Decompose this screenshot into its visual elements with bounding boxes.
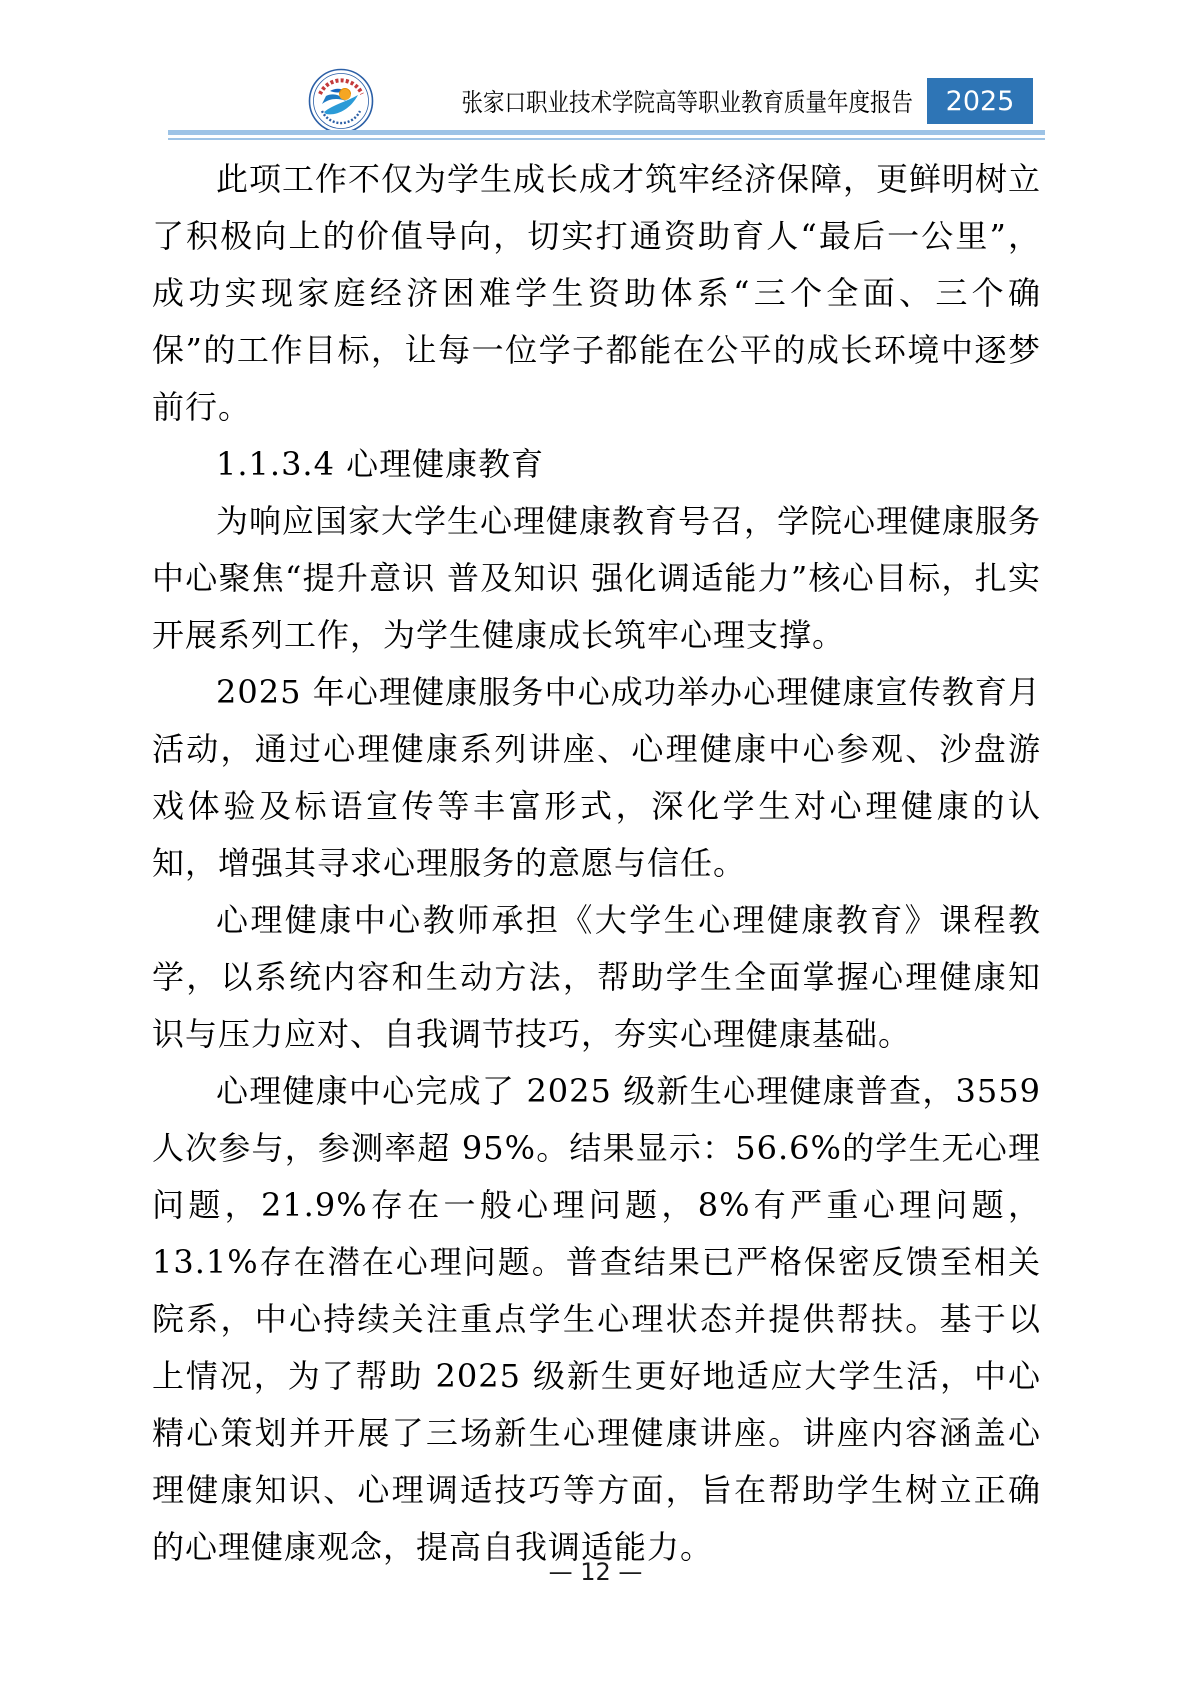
report-page: 张家口职业技术学院高等职业教育质量年度报告 2025 此项工作不仅为学生成长成才… <box>0 0 1191 1684</box>
page-header: 张家口职业技术学院高等职业教育质量年度报告 2025 <box>0 66 1033 136</box>
document-body: 此项工作不仅为学生成长成才筑牢经济保障，更鲜明树立了积极向上的价值导向，切实打通… <box>152 151 1041 1576</box>
paragraph-education-month: 2025 年心理健康服务中心成功举办心理健康宣传教育月活动，通过心理健康系列讲座… <box>152 664 1041 892</box>
page-number: — 12 — <box>0 1558 1191 1586</box>
report-title: 张家口职业技术学院高等职业教育质量年度报告 <box>461 83 913 119</box>
year-badge: 2025 <box>927 78 1033 124</box>
paragraph-course-teaching: 心理健康中心教师承担《大学生心理健康教育》课程教学，以系统内容和生动方法，帮助学… <box>152 892 1041 1063</box>
section-heading: 1.1.3.4 心理健康教育 <box>152 436 1041 493</box>
paragraph-mental-health-goal: 为响应国家大学生心理健康教育号召，学院心理健康服务中心聚焦“提升意识 普及知识 … <box>152 493 1041 664</box>
paragraph-student-aid: 此项工作不仅为学生成长成才筑牢经济保障，更鲜明树立了积极向上的价值导向，切实打通… <box>152 151 1041 436</box>
paragraph-freshman-survey: 心理健康中心完成了 2025 级新生心理健康普查，3559 人次参与，参测率超 … <box>152 1063 1041 1576</box>
college-emblem-icon <box>308 68 374 134</box>
header-divider <box>168 130 1045 140</box>
